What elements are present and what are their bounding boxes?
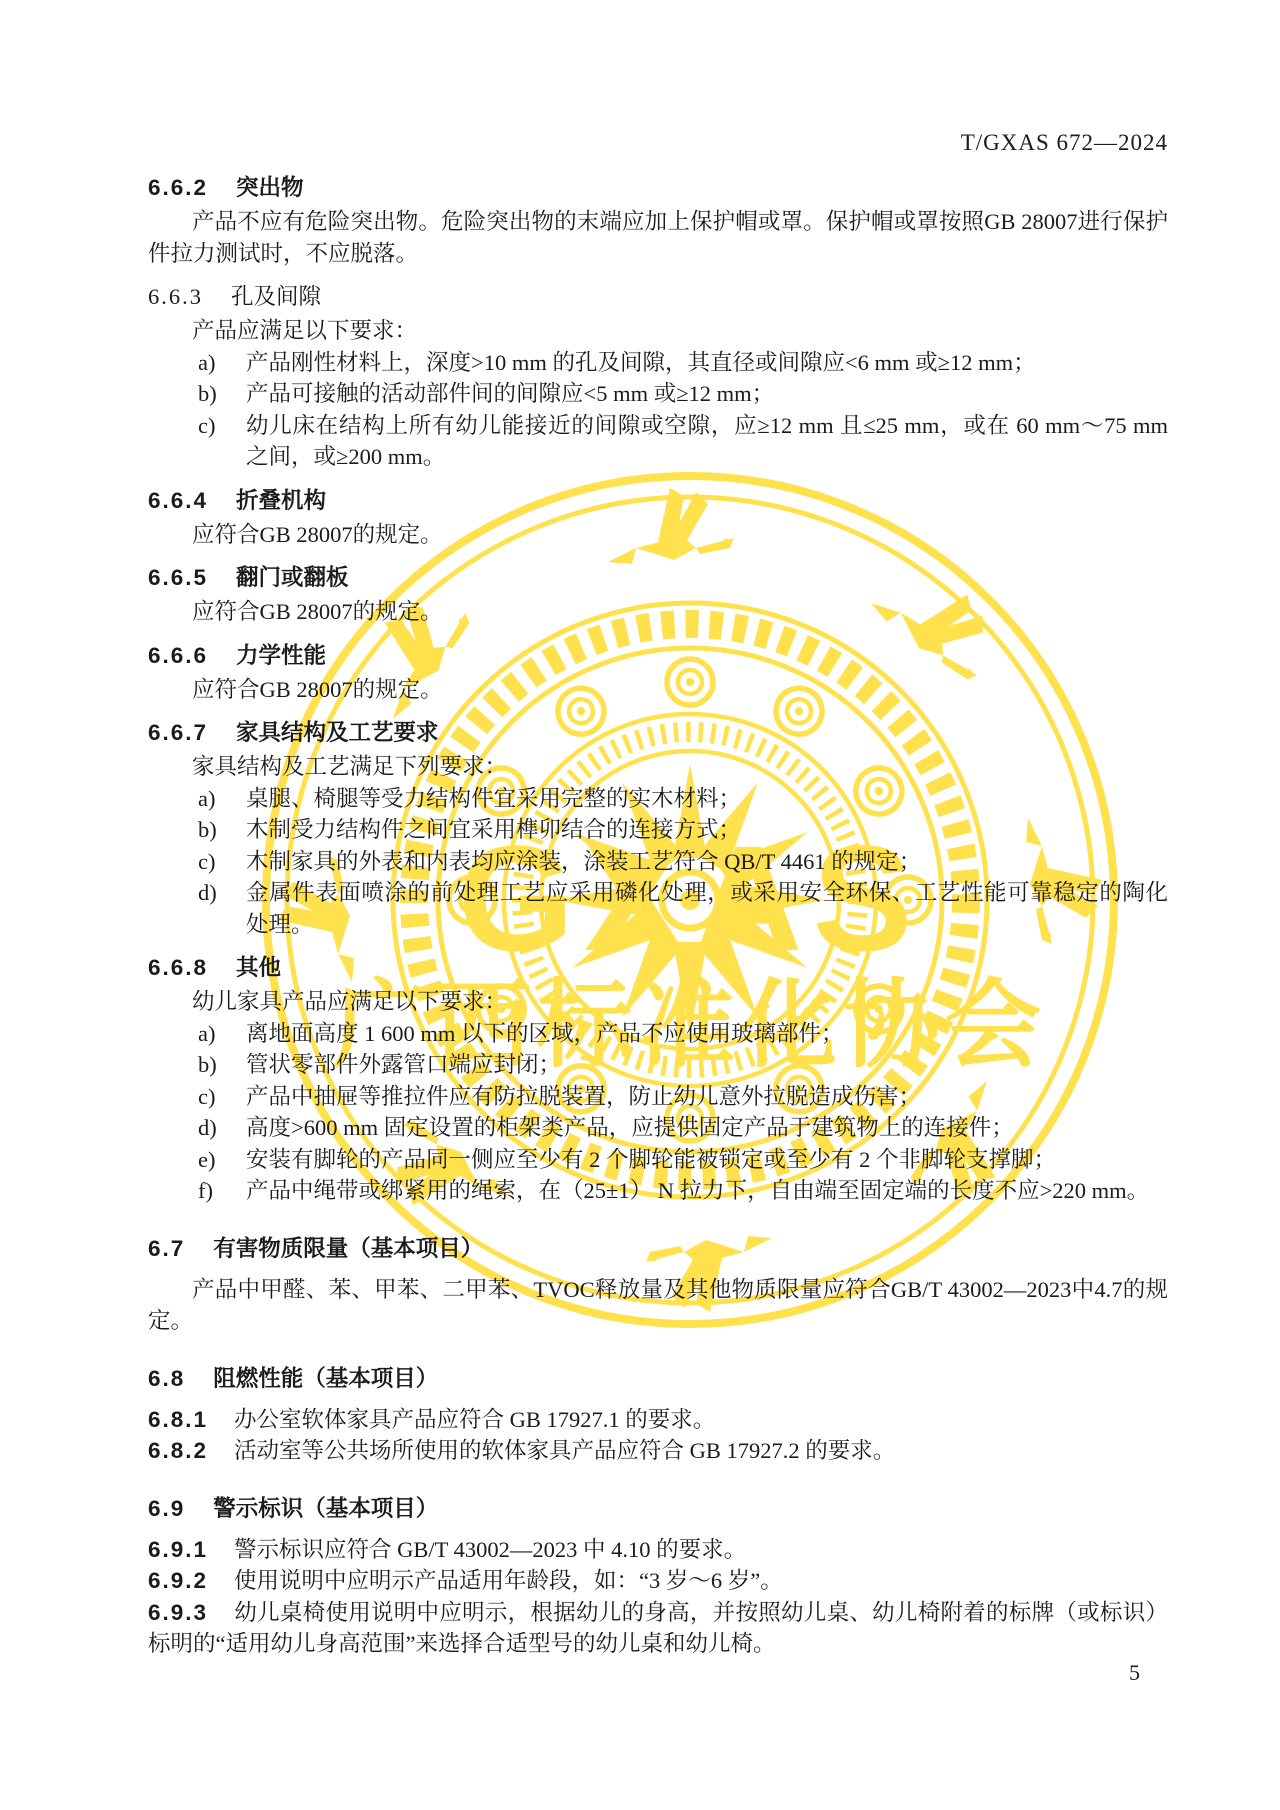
section-6-6-3-intro: 产品应满足以下要求：: [148, 315, 1168, 347]
section-6-6-8-list: a) 离地面高度 1 600 mm 以下的区域，产品不应使用玻璃部件； b) 管…: [148, 1018, 1168, 1207]
section-6-6-8-heading: 6.6.8其他: [148, 952, 1168, 983]
section-6-7-heading: 6.7有害物质限量（基本项目）: [148, 1233, 1168, 1264]
section-6-6-4-heading: 6.6.4折叠机构: [148, 485, 1168, 516]
section-6-6-5-paragraph: 应符合GB 28007的规定。: [148, 596, 1168, 628]
list-text: 离地面高度 1 600 mm 以下的区域，产品不应使用玻璃部件；: [246, 1018, 1168, 1050]
section-6-6-5-heading: 6.6.5翻门或翻板: [148, 562, 1168, 593]
list-marker: b): [198, 814, 246, 846]
section-title: 其他: [236, 955, 281, 980]
section-number: 6.6.6: [148, 643, 208, 668]
list-text: 产品中抽屉等推拉件应有防拉脱装置，防止幼儿意外拉脱造成伤害；: [246, 1081, 1168, 1113]
list-item-a: a) 桌腿、椅腿等受力结构件宜采用完整的实木材料；: [148, 783, 1168, 815]
list-marker: d): [198, 1112, 246, 1144]
list-text: 桌腿、椅腿等受力结构件宜采用完整的实木材料；: [246, 783, 1168, 815]
list-item-f: f) 产品中绳带或绑紧用的绳索，在（25±1） N 拉力下，自由端至固定端的长度…: [148, 1175, 1168, 1207]
section-title: 孔及间隙: [231, 284, 321, 309]
list-item-b: b) 管状零部件外露管口端应封闭；: [148, 1049, 1168, 1081]
list-text: 金属件表面喷涂的前处理工艺应采用磷化处理，或采用安全环保、工艺性能可靠稳定的陶化…: [246, 877, 1168, 940]
section-number: 6.7: [148, 1236, 185, 1261]
section-title: 力学性能: [236, 643, 326, 668]
clause-text: 办公室软体家具产品应符合 GB 17927.1 的要求。: [234, 1407, 715, 1432]
list-item-c: c) 产品中抽屉等推拉件应有防拉脱装置，防止幼儿意外拉脱造成伤害；: [148, 1081, 1168, 1113]
list-marker: f): [198, 1175, 246, 1207]
list-text: 安装有脚轮的产品同一侧应至少有 2 个脚轮能被锁定或至少有 2 个非脚轮支撑脚；: [246, 1144, 1168, 1176]
clause-6-9-1: 6.9.1警示标识应符合 GB/T 43002—2023 中 4.10 的要求。: [148, 1534, 1168, 1566]
clause-6-9-3: 6.9.3幼儿桌椅使用说明中应明示，根据幼儿的身高，并按照幼儿桌、幼儿椅附着的标…: [148, 1597, 1168, 1660]
list-marker: d): [198, 877, 246, 940]
list-text: 产品中绳带或绑紧用的绳索，在（25±1） N 拉力下，自由端至固定端的长度不应>…: [246, 1175, 1168, 1207]
list-marker: c): [198, 410, 246, 473]
list-marker: a): [198, 1018, 246, 1050]
section-title: 警示标识（基本项目）: [213, 1496, 438, 1521]
section-title: 家具结构及工艺要求: [236, 720, 439, 745]
list-item-d: d) 高度>600 mm 固定设置的柜架类产品，应提供固定产品于建筑物上的连接件…: [148, 1112, 1168, 1144]
section-number: 6.8: [148, 1366, 185, 1391]
section-number: 6.6.7: [148, 720, 208, 745]
section-6-6-3-heading: 6.6.3孔及间隙: [148, 281, 1168, 312]
list-text: 产品可接触的活动部件间的间隙应<5 mm 或≥12 mm；: [246, 378, 1168, 410]
list-text: 产品刚性材料上，深度>10 mm 的孔及间隙，其直径或间隙应<6 mm 或≥12…: [246, 347, 1168, 379]
list-text: 管状零部件外露管口端应封闭；: [246, 1049, 1168, 1081]
list-item-b: b) 产品可接触的活动部件间的间隙应<5 mm 或≥12 mm；: [148, 378, 1168, 410]
clause-number: 6.8.2: [148, 1438, 208, 1463]
clause-number: 6.8.1: [148, 1407, 208, 1432]
list-marker: e): [198, 1144, 246, 1176]
section-6-6-7-list: a) 桌腿、椅腿等受力结构件宜采用完整的实木材料； b) 木制受力结构件之间宜采…: [148, 783, 1168, 941]
list-marker: c): [198, 1081, 246, 1113]
section-6-6-7-intro: 家具结构及工艺满足下列要求：: [148, 751, 1168, 783]
clause-number: 6.9.1: [148, 1537, 208, 1562]
list-item-c: c) 木制家具的外表和内表均应涂装，涂装工艺符合 QB/T 4461 的规定；: [148, 846, 1168, 878]
section-title: 阻燃性能（基本项目）: [213, 1366, 438, 1391]
section-number: 6.6.8: [148, 955, 208, 980]
document-content: T/GXAS 672—2024 6.6.2突出物 产品不应有危险突出物。危险突出…: [0, 0, 1280, 1660]
section-6-9-heading: 6.9警示标识（基本项目）: [148, 1493, 1168, 1524]
list-item-d: d) 金属件表面喷涂的前处理工艺应采用磷化处理，或采用安全环保、工艺性能可靠稳定…: [148, 877, 1168, 940]
section-title: 突出物: [236, 175, 304, 200]
section-6-6-2-heading: 6.6.2突出物: [148, 172, 1168, 203]
list-marker: b): [198, 1049, 246, 1081]
section-6-6-4-paragraph: 应符合GB 28007的规定。: [148, 519, 1168, 551]
list-item-a: a) 产品刚性材料上，深度>10 mm 的孔及间隙，其直径或间隙应<6 mm 或…: [148, 347, 1168, 379]
section-6-6-6-heading: 6.6.6力学性能: [148, 640, 1168, 671]
page-number: 5: [1129, 1660, 1140, 1686]
clause-text: 警示标识应符合 GB/T 43002—2023 中 4.10 的要求。: [234, 1537, 746, 1562]
section-title: 有害物质限量（基本项目）: [213, 1236, 483, 1261]
section-6-8-heading: 6.8阻燃性能（基本项目）: [148, 1363, 1168, 1394]
document-page: GXAS 广西标准化协会 T/GXAS 672—2024 6.6.2突出物 产品…: [0, 0, 1280, 1810]
section-6-6-8-intro: 幼儿家具产品应满足以下要求：: [148, 986, 1168, 1018]
section-number: 6.9: [148, 1496, 185, 1521]
list-item-b: b) 木制受力结构件之间宜采用榫卯结合的连接方式；: [148, 814, 1168, 846]
list-marker: a): [198, 783, 246, 815]
section-number: 6.6.2: [148, 175, 208, 200]
section-number: 6.6.4: [148, 488, 208, 513]
list-marker: a): [198, 347, 246, 379]
section-6-7-paragraph: 产品中甲醛、苯、甲苯、二甲苯、TVOC释放量及其他物质限量应符合GB/T 430…: [148, 1274, 1168, 1337]
clause-number: 6.9.3: [148, 1600, 208, 1625]
section-6-6-3-list: a) 产品刚性材料上，深度>10 mm 的孔及间隙，其直径或间隙应<6 mm 或…: [148, 347, 1168, 473]
list-item-c: c) 幼儿床在结构上所有幼儿能接近的间隙或空隙，应≥12 mm 且≤25 mm，…: [148, 410, 1168, 473]
section-6-6-6-paragraph: 应符合GB 28007的规定。: [148, 674, 1168, 706]
section-6-6-7-heading: 6.6.7家具结构及工艺要求: [148, 717, 1168, 748]
doc-code: T/GXAS 672—2024: [148, 130, 1168, 156]
list-text: 木制受力结构件之间宜采用榫卯结合的连接方式；: [246, 814, 1168, 846]
list-marker: b): [198, 378, 246, 410]
clause-number: 6.9.2: [148, 1568, 208, 1593]
section-6-6-2-paragraph: 产品不应有危险突出物。危险突出物的末端应加上保护帽或罩。保护帽或罩按照GB 28…: [148, 206, 1168, 269]
list-item-a: a) 离地面高度 1 600 mm 以下的区域，产品不应使用玻璃部件；: [148, 1018, 1168, 1050]
clause-6-8-2: 6.8.2活动室等公共场所使用的软体家具产品应符合 GB 17927.2 的要求…: [148, 1435, 1168, 1467]
section-title: 折叠机构: [236, 488, 326, 513]
clause-text: 活动室等公共场所使用的软体家具产品应符合 GB 17927.2 的要求。: [234, 1438, 895, 1463]
list-text: 木制家具的外表和内表均应涂装，涂装工艺符合 QB/T 4461 的规定；: [246, 846, 1168, 878]
clause-6-8-1: 6.8.1办公室软体家具产品应符合 GB 17927.1 的要求。: [148, 1404, 1168, 1436]
clause-text: 幼儿桌椅使用说明中应明示，根据幼儿的身高，并按照幼儿桌、幼儿椅附着的标牌（或标识…: [148, 1600, 1168, 1657]
list-text: 幼儿床在结构上所有幼儿能接近的间隙或空隙，应≥12 mm 且≤25 mm，或在 …: [246, 410, 1168, 473]
list-text: 高度>600 mm 固定设置的柜架类产品，应提供固定产品于建筑物上的连接件；: [246, 1112, 1168, 1144]
clause-text: 使用说明中应明示产品适用年龄段，如：“3 岁～6 岁”。: [234, 1568, 783, 1593]
section-number: 6.6.5: [148, 565, 208, 590]
section-title: 翻门或翻板: [236, 565, 349, 590]
list-item-e: e) 安装有脚轮的产品同一侧应至少有 2 个脚轮能被锁定或至少有 2 个非脚轮支…: [148, 1144, 1168, 1176]
section-number: 6.6.3: [148, 284, 203, 309]
list-marker: c): [198, 846, 246, 878]
clause-6-9-2: 6.9.2使用说明中应明示产品适用年龄段，如：“3 岁～6 岁”。: [148, 1565, 1168, 1597]
